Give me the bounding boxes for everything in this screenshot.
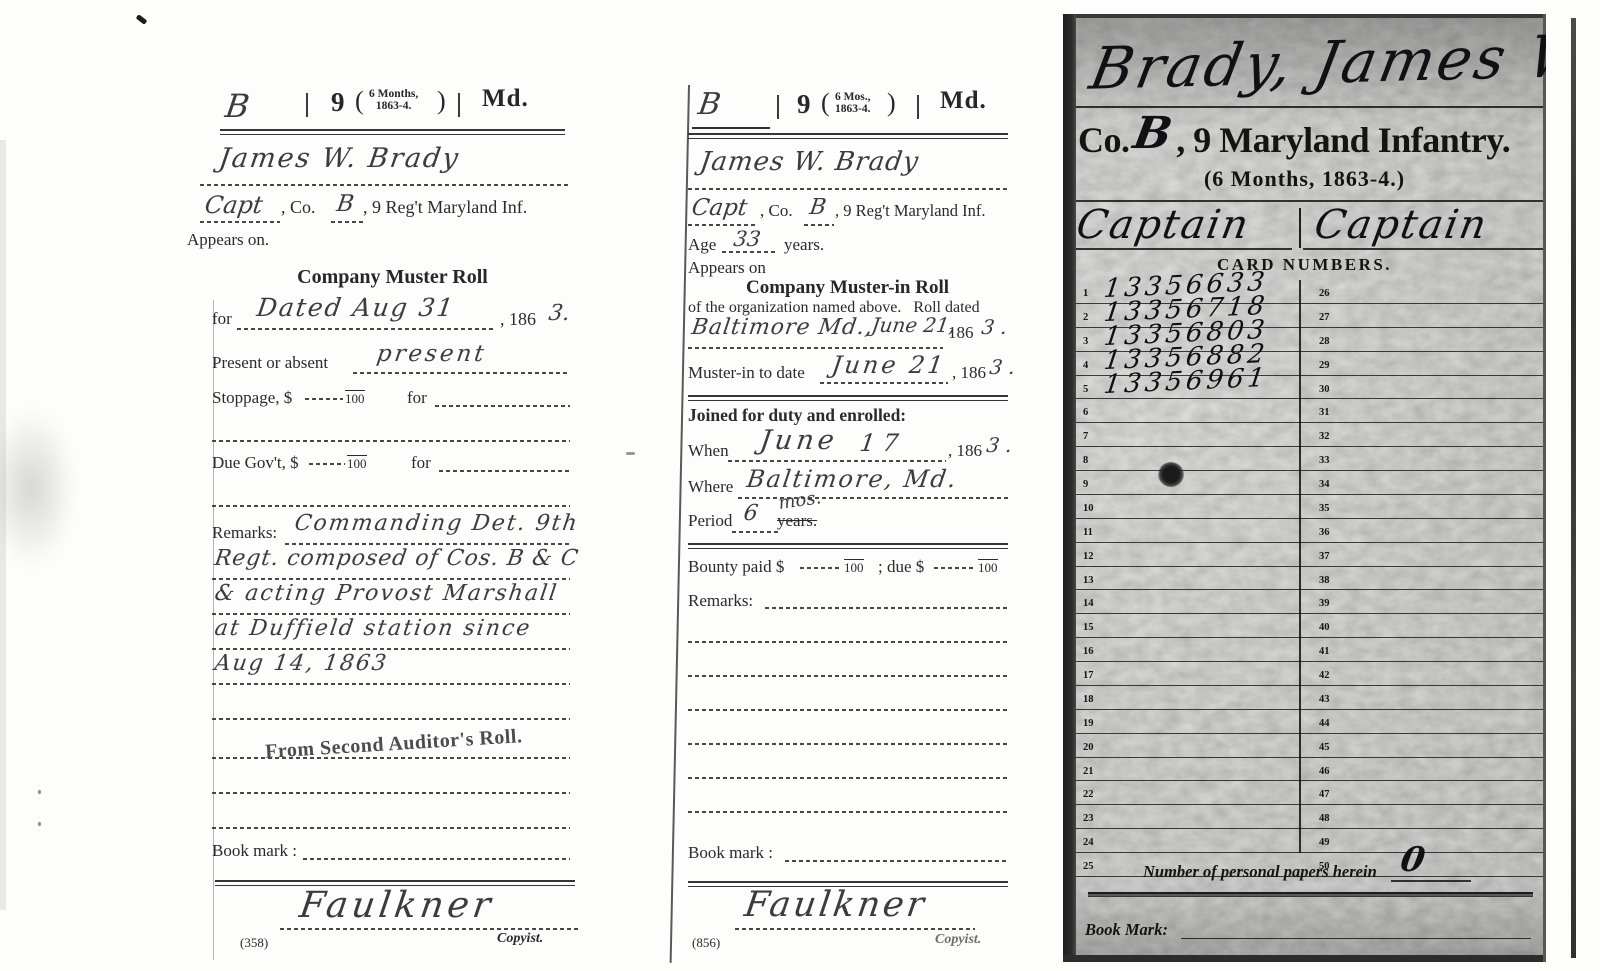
due-line	[439, 470, 570, 472]
bookmark-line	[785, 860, 1008, 862]
rank-line	[200, 221, 280, 223]
row-number-right: 32	[1319, 431, 1330, 442]
regiment-number: 9	[797, 89, 811, 120]
cents-fraction: 100	[844, 559, 864, 574]
soldier-name-handwritten: James W. Brady	[217, 143, 462, 174]
period-unit-printed: years.	[777, 511, 817, 531]
appears-on-label: Appears on	[688, 258, 766, 278]
company-letter-handwritten: B	[223, 87, 252, 125]
company-muster-in-roll-card: B 9 ( 6 Mos., 1863-4. ) Md. James W. Bra…	[680, 85, 1015, 967]
header-rule	[688, 133, 1008, 139]
card-number-row: 1237	[1076, 543, 1543, 567]
row-number-left: 9	[1083, 479, 1088, 490]
company-letter-value: B	[335, 191, 356, 217]
when-year-printed: , 186	[948, 441, 982, 461]
personal-papers-line	[1391, 880, 1471, 882]
card-right-edge	[1543, 14, 1546, 962]
row-number-left: 14	[1083, 598, 1094, 609]
card-top-edge	[1063, 14, 1546, 18]
scan-edge-strip	[0, 140, 6, 910]
header-divider	[306, 93, 308, 117]
bookmark-line	[303, 858, 570, 860]
row-number-left: 15	[1083, 622, 1094, 633]
personal-papers-label: Number of personal papers herein	[1143, 862, 1377, 882]
year-digit-handwritten: 3.	[547, 301, 572, 326]
term-line2: 1863-4.	[835, 104, 870, 116]
blank-line	[688, 641, 1008, 643]
row-number-right: 48	[1319, 813, 1330, 824]
age-value-handwritten: 33	[732, 227, 762, 251]
present-line	[353, 372, 570, 374]
card-numbers-table: 1133566332621335671827313356803284133568…	[1076, 280, 1543, 877]
card-number-row: 2247	[1076, 781, 1543, 805]
row-number-right: 45	[1319, 742, 1330, 753]
soldier-name-script: Brady, James W.	[1085, 21, 1546, 103]
roll-dated-line	[688, 347, 943, 349]
company-line	[331, 221, 365, 223]
remarks-label: Remarks:	[212, 523, 277, 543]
due-amount: 100	[307, 453, 367, 473]
rank-left-script: Captain	[1073, 202, 1254, 248]
blank-line	[212, 792, 570, 794]
roll-date-handwritten: June 21,	[870, 313, 957, 337]
musterin-year-printed: , 186	[952, 363, 986, 383]
muster-date-handwritten: Dated Aug 31	[255, 293, 457, 322]
bookmark-line	[1181, 938, 1531, 939]
blank-line	[212, 827, 570, 829]
period-value-handwritten: 6	[742, 501, 760, 526]
bookmark-label: Book mark :	[212, 841, 297, 861]
blank-line	[688, 777, 1008, 779]
term-line1: 6 Months,	[369, 89, 418, 101]
row-number-left: 2	[1083, 312, 1088, 323]
scan-speck	[136, 14, 148, 25]
card-number-row: 2449	[1076, 829, 1543, 853]
form-number: (856)	[692, 935, 720, 951]
remarks-rule	[212, 683, 570, 685]
remarks-line-handwritten: Regt. composed of Cos. B & C	[213, 546, 580, 571]
card-number-row: 1338	[1076, 567, 1543, 591]
row-number-right: 26	[1319, 288, 1330, 299]
bounty-label: Bounty paid $	[688, 557, 784, 577]
scan-right-edge-line	[1571, 18, 1576, 958]
row-number-left: 1	[1083, 288, 1088, 299]
card-number-row: 51335696130	[1076, 376, 1543, 400]
row-number-right: 41	[1319, 646, 1330, 657]
present-value-handwritten: present	[375, 341, 488, 367]
signature-line	[280, 928, 580, 930]
bookmark-label: Book mark :	[688, 843, 773, 863]
card-number-row: 1439	[1076, 590, 1543, 614]
ink-blot	[1158, 462, 1184, 487]
scan-speck	[626, 452, 635, 455]
row-number-left: 18	[1083, 694, 1094, 705]
heavy-rule	[1088, 892, 1533, 897]
present-label: Present or absent	[212, 353, 328, 373]
row-number-left: 20	[1083, 742, 1094, 753]
appears-on-label: Appears on.	[187, 230, 269, 250]
blank-line	[688, 811, 1008, 813]
bounty-due-label: ; due $	[878, 557, 924, 577]
row-number-left: 13	[1083, 575, 1094, 586]
row-number-left: 3	[1083, 336, 1088, 347]
row-number-left: 24	[1083, 837, 1094, 848]
regiment-number: 9	[331, 87, 345, 118]
row-number-right: 44	[1319, 718, 1330, 729]
card-number-row: 1742	[1076, 662, 1543, 686]
year-printed: , 186	[500, 309, 536, 330]
row-number-left: 8	[1083, 455, 1088, 466]
row-number-right: 43	[1319, 694, 1330, 705]
rank-handwritten: Capt	[203, 191, 265, 219]
copyist-label: Copyist.	[497, 931, 543, 947]
rank-divider	[1299, 208, 1301, 248]
musterin-year-digit: 3 .	[988, 355, 1017, 379]
company-letter-handwritten: B	[696, 87, 723, 122]
table-center-divider	[1299, 280, 1301, 853]
age-label: Age	[688, 235, 716, 255]
for-line	[237, 328, 495, 330]
header-rule	[220, 129, 565, 135]
roll-place-handwritten: Baltimore Md.,	[690, 315, 875, 340]
row-number-right: 27	[1319, 312, 1330, 323]
soldier-name-handwritten: James W. Brady	[698, 147, 921, 177]
unit-text: , 9 Reg't Maryland Inf.	[835, 201, 986, 221]
term-of-service: 6 Mos., 1863-4.	[835, 92, 870, 115]
row-number-left: 23	[1083, 813, 1094, 824]
card-number-row: 2045	[1076, 734, 1543, 758]
remarks-line-handwritten: at Duffield station since	[213, 616, 533, 641]
row-number-left: 11	[1083, 527, 1093, 538]
cents-fraction: 100	[347, 455, 367, 470]
state-abbrev: Md.	[482, 85, 529, 113]
signature-line	[735, 928, 975, 930]
blank-line	[688, 709, 1008, 711]
row-number-right: 42	[1319, 670, 1330, 681]
remarks-line-handwritten: & acting Provost Marshall	[213, 581, 560, 606]
when-line	[728, 460, 946, 462]
remarks-line-handwritten: Commanding Det. 9th	[293, 511, 580, 536]
state-abbrev: Md.	[940, 87, 987, 115]
row-number-left: 21	[1083, 766, 1094, 777]
musterin-label: Muster-in to date	[688, 363, 805, 383]
rank-underline-right	[1303, 248, 1543, 250]
remarks-rule	[212, 648, 570, 650]
card-number-row: 2146	[1076, 758, 1543, 782]
card-number-row: 1843	[1076, 686, 1543, 710]
row-number-right: 29	[1319, 360, 1330, 371]
bookmark-label: Book Mark:	[1085, 920, 1168, 940]
paren-close: )	[437, 86, 446, 116]
card-number-row: 1641	[1076, 638, 1543, 662]
bounty-paid-amount: 100	[798, 557, 864, 577]
row-number-right: 34	[1319, 479, 1330, 490]
row-number-left: 10	[1083, 503, 1094, 514]
where-value-handwritten: Baltimore, Md.	[745, 465, 960, 493]
row-number-right: 30	[1319, 384, 1330, 395]
age-line	[722, 251, 777, 253]
age-suffix: years.	[784, 235, 824, 255]
unit-text: , 9 Reg't Maryland Inf.	[363, 197, 527, 218]
card-left-edge	[670, 85, 690, 963]
index-jacket-card: Brady, James W. Co.B, 9 Maryland Infantr…	[1063, 14, 1546, 962]
row-number-right: 31	[1319, 407, 1330, 418]
company-muster-roll-card: B 9 ( 6 Months, 1863-4. ) Md. James W. B…	[185, 85, 600, 967]
remarks-rule	[285, 543, 570, 545]
section-rule	[688, 395, 1008, 401]
card-number-row: 1136	[1076, 519, 1543, 543]
stoppage-for: for	[407, 388, 427, 408]
row-number-left: 19	[1083, 718, 1094, 729]
remarks-line	[765, 607, 1008, 609]
section-title: Company Muster Roll	[185, 266, 600, 289]
rank-handwritten: Capt	[690, 195, 749, 221]
due-label: Due Gov't, $	[212, 453, 299, 473]
row-number-right: 38	[1319, 575, 1330, 586]
form-number: (358)	[240, 935, 268, 951]
company-line	[804, 224, 834, 226]
blank-line	[212, 440, 570, 442]
row-number-left: 12	[1083, 551, 1094, 562]
header-divider	[917, 95, 919, 119]
card-number-row: 631	[1076, 399, 1543, 423]
when-month-handwritten: June	[758, 425, 840, 456]
card-left-edge	[1063, 14, 1076, 962]
blank-line	[212, 505, 570, 507]
row-number-left: 6	[1083, 407, 1088, 418]
where-label: Where	[688, 477, 733, 497]
term-line2: 1863-4.	[369, 101, 418, 113]
row-number-right: 40	[1319, 622, 1330, 633]
rank-right-script: Captain	[1311, 202, 1492, 248]
row-number-left: 5	[1083, 384, 1088, 395]
row-number-right: 37	[1319, 551, 1330, 562]
row-number-right: 49	[1319, 837, 1330, 848]
due-for: for	[411, 453, 431, 473]
musterin-date-handwritten: June 21	[830, 351, 948, 379]
row-number-right: 33	[1319, 455, 1330, 466]
blank-line	[688, 675, 1008, 677]
section-title: Company Muster-in Roll	[680, 277, 1015, 299]
row-number-right: 36	[1319, 527, 1330, 538]
blank-line	[212, 718, 570, 720]
remarks-label: Remarks:	[688, 591, 753, 611]
for-label: for	[212, 309, 232, 329]
paren-open: (	[355, 86, 364, 116]
row-number-left: 17	[1083, 670, 1094, 681]
card-number-row: 1540	[1076, 614, 1543, 638]
when-day-handwritten: 1 7	[858, 429, 900, 457]
card-number-row: 1944	[1076, 710, 1543, 734]
card-number-row: 1035	[1076, 495, 1543, 519]
joined-label: Joined for duty and enrolled:	[688, 405, 906, 426]
name-line	[200, 184, 570, 186]
paren-close: )	[887, 88, 896, 118]
bounty-due-amount: 100	[932, 557, 998, 577]
unit-line: Co.B, 9 Maryland Infantry.	[1078, 112, 1510, 163]
row-number-left: 16	[1083, 646, 1094, 657]
cents-fraction: 100	[978, 559, 998, 574]
roll-year-printed: 186	[948, 323, 974, 343]
period-line	[732, 531, 780, 533]
scan-speck	[38, 822, 41, 826]
period-label: Period	[688, 511, 732, 531]
term-of-service: (6 Months, 1863-4.)	[1063, 166, 1546, 192]
scanned-document-page: B 9 ( 6 Months, 1863-4. ) Md. James W. B…	[0, 0, 1600, 971]
card-number-row: 2348	[1076, 805, 1543, 829]
row-number-right: 35	[1319, 503, 1330, 514]
row-number-right: 47	[1319, 789, 1330, 800]
stoppage-label: Stoppage, $	[212, 388, 292, 408]
roll-year-digit: 3 .	[980, 315, 1009, 339]
when-year-digit: 3 .	[985, 433, 1014, 457]
term-of-service: 6 Months, 1863-4.	[369, 89, 418, 112]
blank-line	[212, 757, 570, 759]
remarks-rule	[212, 613, 570, 615]
rank-line	[688, 224, 758, 226]
card-number-row: 833	[1076, 447, 1543, 471]
copyist-label: Copyist.	[935, 932, 981, 948]
row-number-left: 22	[1083, 789, 1094, 800]
scan-smudge	[0, 408, 76, 568]
header-divider	[777, 95, 779, 119]
cents-fraction: 100	[345, 390, 365, 405]
header-divider	[458, 93, 460, 117]
remarks-line-handwritten: Aug 14, 1863	[213, 651, 390, 676]
row-number-left: 25	[1083, 861, 1094, 872]
scan-speck	[38, 790, 41, 794]
name-line	[688, 188, 1008, 190]
stoppage-amount: 100	[303, 388, 365, 408]
period-unit-handwritten: mos.	[777, 487, 822, 514]
section-rule	[688, 543, 1008, 549]
row-number-left: 7	[1083, 431, 1088, 442]
company-letter-underline	[692, 127, 770, 129]
card-number-row: 732	[1076, 423, 1543, 447]
company-label: , Co.	[760, 201, 793, 221]
copyist-signature: Faulkner	[297, 885, 497, 926]
card-bottom-edge	[1063, 955, 1546, 962]
musterin-line	[820, 382, 948, 384]
co-label: Co.	[1078, 120, 1130, 160]
company-letter-value: B	[808, 195, 828, 220]
paren-open: (	[821, 88, 830, 118]
company-letter-script: B	[1129, 108, 1175, 159]
stoppage-line	[435, 405, 570, 407]
term-line1: 6 Mos.,	[835, 92, 870, 104]
row-number-right: 46	[1319, 766, 1330, 777]
copyist-signature: Faulkner	[742, 885, 929, 925]
remarks-rule	[212, 578, 570, 580]
rank-underline-left	[1076, 248, 1292, 250]
company-label: , Co.	[281, 197, 316, 218]
card-number-row: 934	[1076, 471, 1543, 495]
blank-line	[688, 743, 1008, 745]
row-number-right: 39	[1319, 598, 1330, 609]
unit-text: , 9 Maryland Infantry.	[1166, 120, 1510, 160]
row-number-left: 4	[1083, 360, 1088, 371]
when-label: When	[688, 441, 729, 461]
row-number-right: 28	[1319, 336, 1330, 347]
